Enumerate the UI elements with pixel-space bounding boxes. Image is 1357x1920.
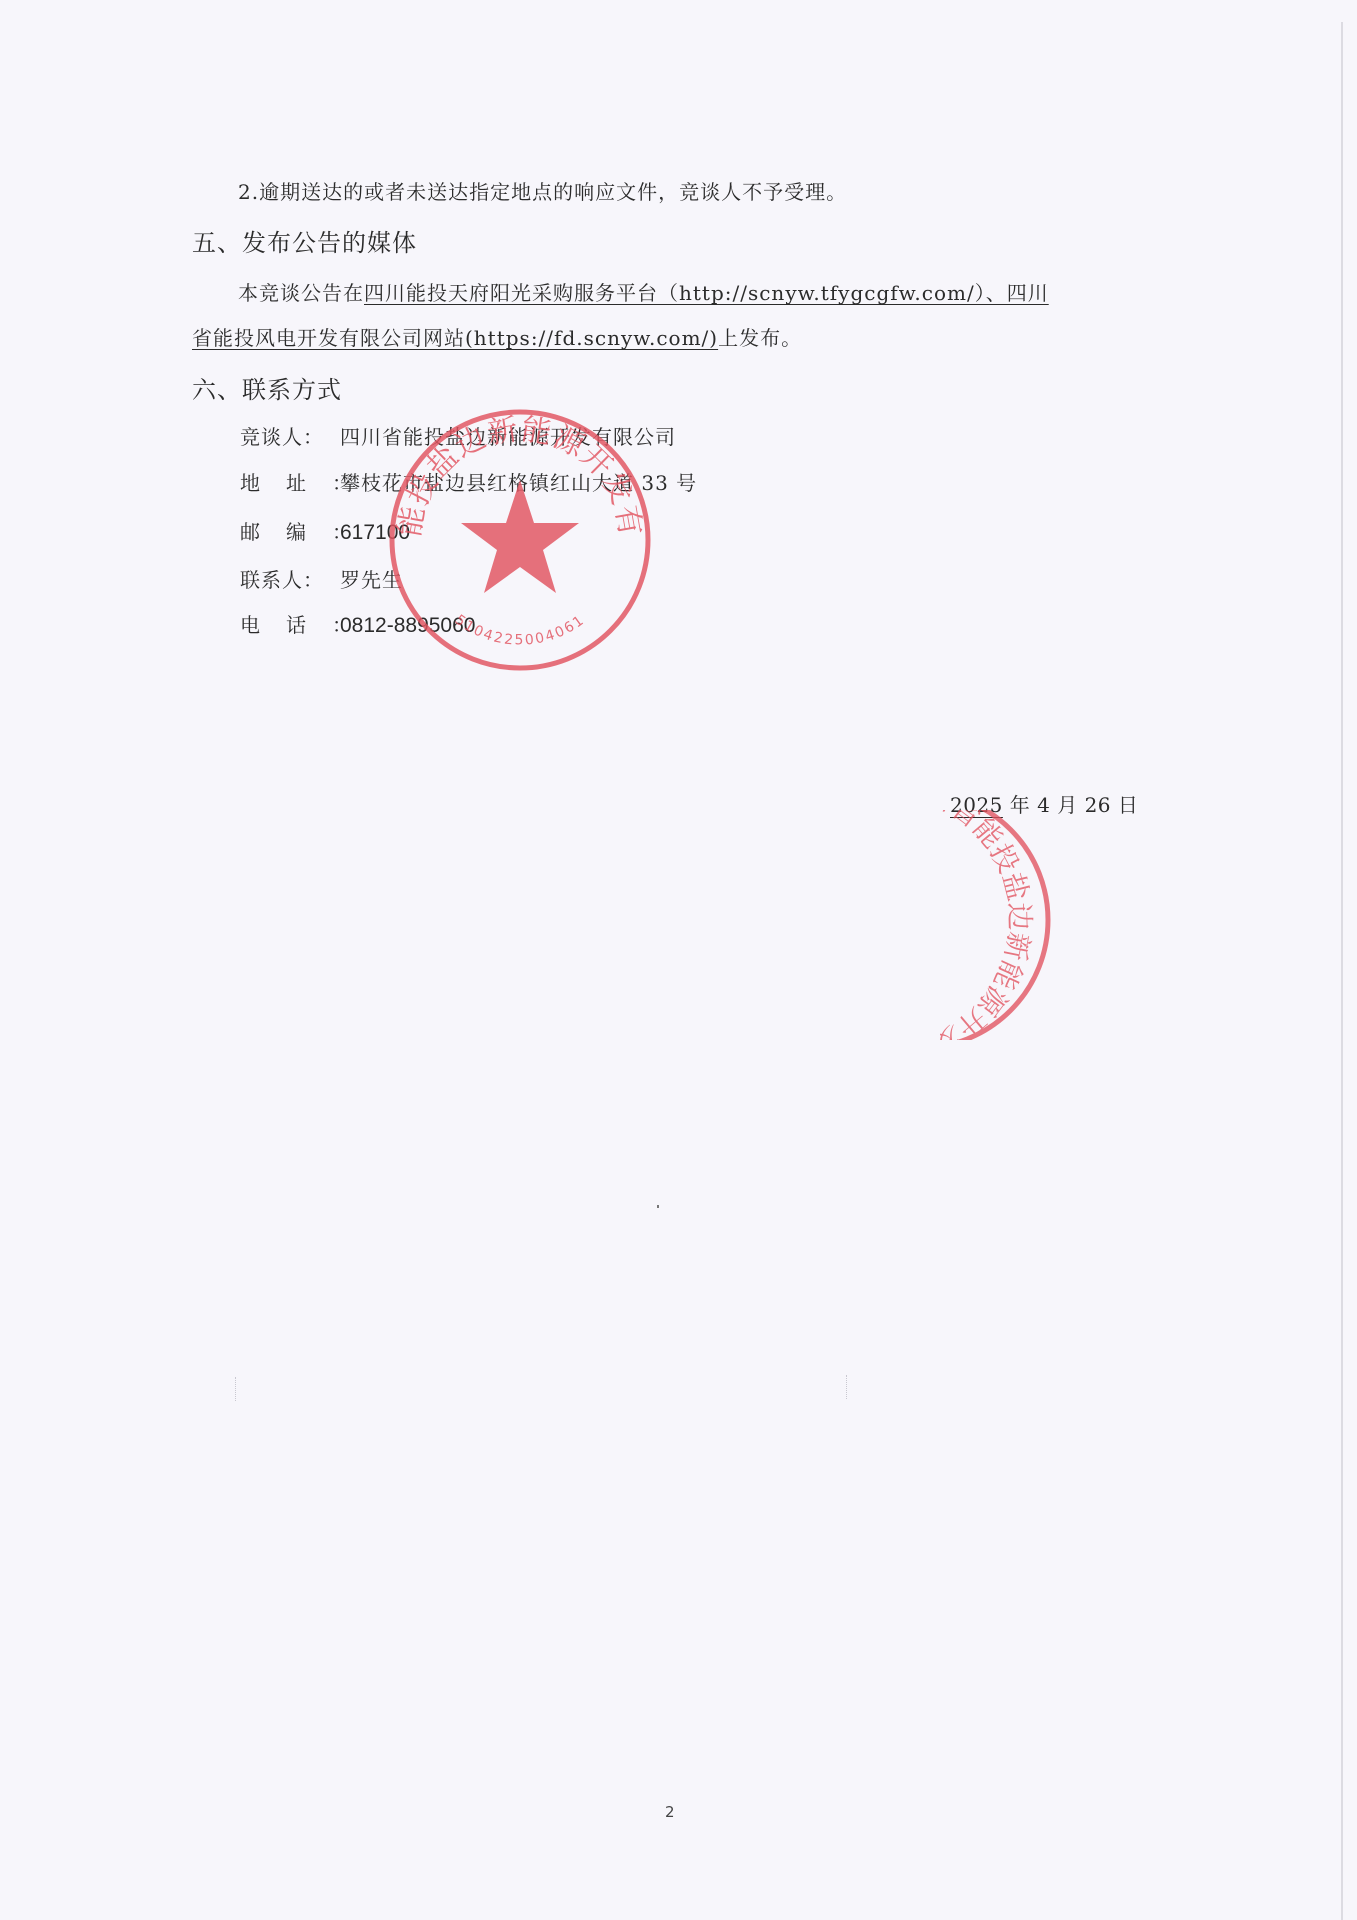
scan-edge-line: [1341, 22, 1343, 1920]
partial-seal: 四川省能投盐边新能源开发有限公司: [940, 810, 1055, 1040]
media-paragraph-line-1: 本竞谈公告在四川能投天府阳光采购服务平台（http://scnyw.tfygcg…: [238, 278, 1049, 308]
contact-negotiator: 竞谈人：四川省能投盐边新能源开发有限公司: [240, 422, 676, 452]
contact-label: 联系人：: [240, 565, 340, 595]
date-day-unit: 日: [1111, 793, 1138, 817]
section-5-heading: 五、发布公告的媒体: [192, 228, 417, 258]
contact-value: 攀枝花市盐边县红格镇红山大道 33 号: [340, 471, 697, 495]
page-number: 2: [665, 1803, 675, 1821]
partial-seal-ring: [940, 810, 1048, 1040]
contact-phone: 电话：0812-8895060: [240, 610, 475, 641]
date-month-unit: 月: [1050, 793, 1084, 817]
contact-label: 竞谈人：: [240, 422, 340, 452]
date-year-unit: 年: [1003, 793, 1037, 817]
date-year: 2025: [950, 793, 1003, 817]
contact-value: 617100: [340, 521, 410, 544]
section-6-heading: 六、联系方式: [192, 375, 342, 405]
item-2-paragraph: 2.逾期送达的或者未送达指定地点的响应文件，竞谈人不予受理。: [238, 177, 847, 207]
contact-value: 罗先生: [340, 568, 403, 592]
contact-label: 电话：: [240, 610, 340, 640]
media-intro-text: 本竞谈公告在: [238, 281, 364, 305]
contact-value: 四川省能投盐边新能源开发有限公司: [340, 425, 676, 449]
contact-postcode: 邮编：617100: [240, 517, 410, 548]
contact-value: 0812-8895060: [340, 614, 475, 637]
sichuan-sunshine-platform-link[interactable]: 四川能投天府阳光采购服务平台（http://scnyw.tfygcgfw.com…: [364, 281, 1049, 305]
svg-text:四川省能投盐边新能源开发有限公司: 四川省能投盐边新能源开发有限公司: [940, 810, 1036, 1040]
contact-address: 地址：攀枝花市盐边县红格镇红山大道 33 号: [240, 468, 697, 498]
contact-person: 联系人：罗先生: [240, 565, 403, 595]
contact-label: 邮编：: [240, 517, 340, 547]
scan-speck: [657, 1205, 659, 1208]
scan-artifact: [846, 1375, 853, 1399]
contact-label: 地址：: [240, 468, 340, 498]
partial-seal-text: 四川省能投盐边新能源开发有限公司: [940, 810, 1036, 1040]
date-day: 26: [1085, 793, 1111, 817]
media-paragraph-line-2: 省能投风电开发有限公司网站(https://fd.scnyw.com/)上发布。: [192, 323, 802, 353]
publish-suffix-text: 上发布。: [718, 326, 802, 350]
scan-artifact: [235, 1377, 242, 1401]
signature-date: 2025 年 4 月 26 日: [950, 790, 1138, 820]
date-month: 4: [1037, 793, 1050, 817]
wind-power-company-website-link[interactable]: 省能投风电开发有限公司网站(https://fd.scnyw.com/): [192, 326, 718, 350]
